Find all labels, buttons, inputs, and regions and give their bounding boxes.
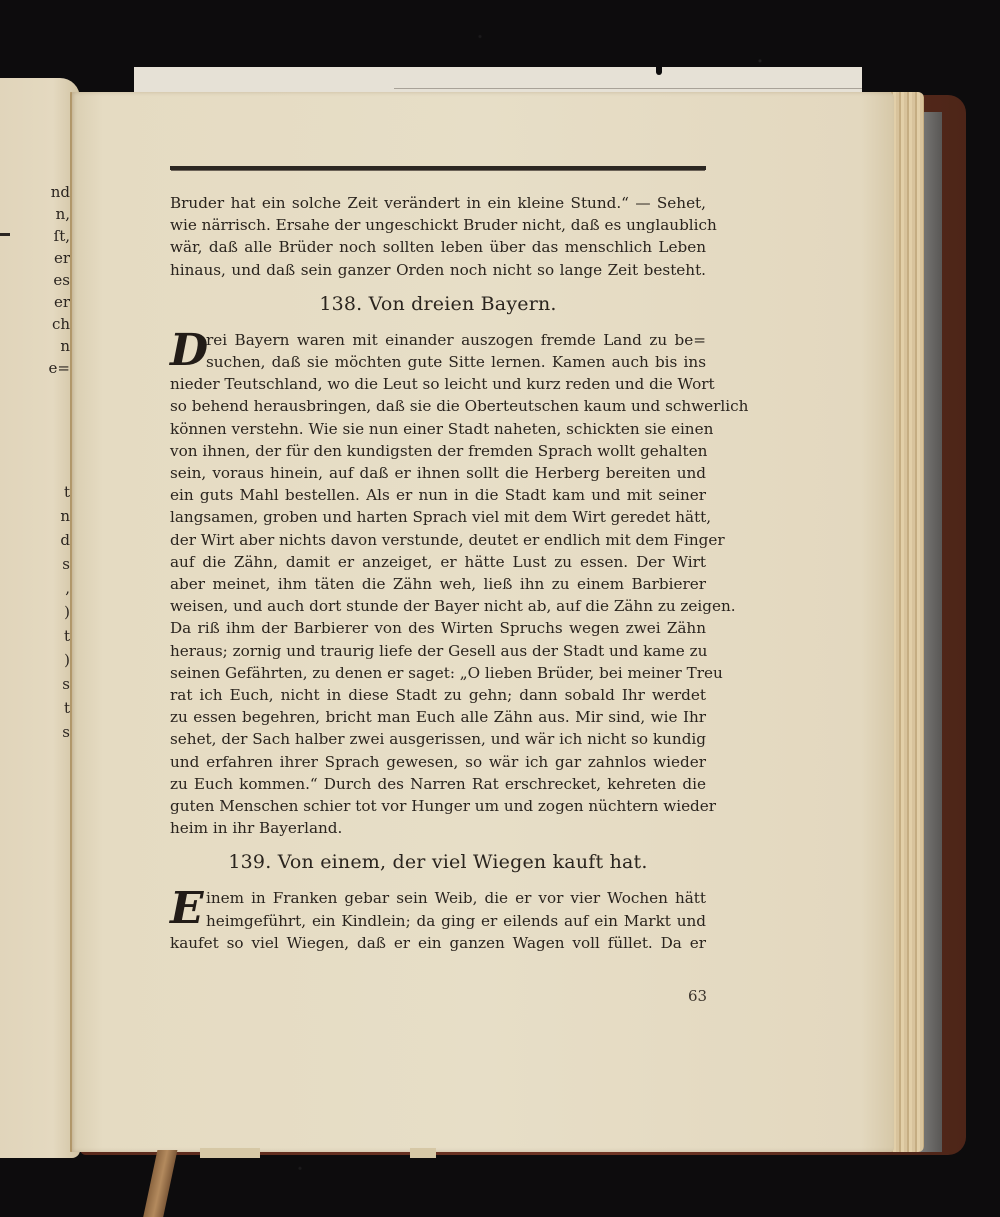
text-line: zu essen begehren, bricht man Euch alle … [170, 706, 706, 728]
section-heading-138: 138. Von dreien Bayern. [170, 291, 706, 317]
text-line: wär, daß alle Brüder noch sollten leben … [170, 236, 706, 258]
text-line: auf die Zähn, damit er anzeiget, er hätt… [170, 551, 706, 573]
left-fragment: s [62, 555, 70, 573]
text-line: heim in ihr Bayerland. [170, 817, 706, 839]
section-139-body: E inem in Franken gebar sein Weib, die e… [170, 887, 706, 954]
left-fragment: ſt, [54, 227, 70, 245]
text-line: aber meinet, ihm täten die Zähn weh, lie… [170, 573, 706, 595]
left-fragment: d [60, 531, 70, 549]
slip-pencil-line [394, 88, 862, 89]
left-fragment: e= [49, 359, 70, 377]
text-line: wie närrisch. Ersahe der ungeschickt Bru… [170, 214, 706, 236]
torn-page-edge [410, 1148, 436, 1158]
left-fragment: er [54, 293, 70, 311]
page-text: Bruder hat ein solche Zeit verändert in … [170, 192, 706, 954]
text-line: so behend herausbringen, daß sie die Obe… [170, 395, 706, 417]
slip-notch [656, 67, 662, 75]
left-fragment: s [62, 675, 70, 693]
text-line: ein guts Mahl bestellen. Als er nun in d… [170, 484, 706, 506]
text-line: rat ich Euch, nicht in diese Stadt zu ge… [170, 684, 706, 706]
text-line: langsamen, groben und harten Sprach viel… [170, 506, 706, 528]
inserted-paper-slip [134, 67, 862, 94]
text-line: rei Bayern waren mit einander auszogen f… [170, 329, 706, 351]
left-page: nd n, ſt, er es er ch n e= t n d s , ) t… [0, 78, 80, 1158]
text-line: sein, voraus hinein, auf daß er ihnen so… [170, 462, 706, 484]
text-line: heraus; zornig und traurig liefe der Ges… [170, 640, 706, 662]
text-line: Bruder hat ein solche Zeit verändert in … [170, 192, 706, 214]
drop-cap: D [170, 328, 202, 374]
left-fragment: n, [56, 205, 70, 223]
text-line: inem in Franken gebar sein Weib, die er … [170, 887, 706, 909]
torn-page-edge [200, 1148, 260, 1158]
left-fragment: s [62, 723, 70, 741]
text-line: der Wirt aber nichts davon verstunde, de… [170, 529, 706, 551]
left-header-rule [0, 233, 10, 236]
text-line: hinaus, und daß sein ganzer Orden noch n… [170, 259, 706, 281]
text-line: von ihnen, der für den kundigsten der fr… [170, 440, 706, 462]
text-line: Da riß ihm der Barbierer von des Wirten … [170, 617, 706, 639]
page-number: 63 [688, 987, 707, 1005]
text-line: können verstehn. Wie sie nun einer Stadt… [170, 418, 706, 440]
text-line: guten Menschen schier tot vor Hunger um … [170, 795, 706, 817]
gutter-line [70, 92, 72, 1152]
text-line: zu Euch kommen.“ Durch des Narren Rat er… [170, 773, 706, 795]
left-fragment: n [60, 507, 70, 525]
text-line: heimgeführt, ein Kindlein; da ging er ei… [170, 910, 706, 932]
right-page: Bruder hat ein solche Zeit verändert in … [70, 92, 894, 1152]
left-fragment: n [60, 337, 70, 355]
text-line: sehet, der Sach halber zwei ausgerissen,… [170, 728, 706, 750]
continuation-paragraph: Bruder hat ein solche Zeit verändert in … [170, 192, 706, 281]
text-line: und erfahren ihrer Sprach gewesen, so wä… [170, 751, 706, 773]
text-line: weisen, und auch dort stunde der Bayer n… [170, 595, 706, 617]
section-heading-139: 139. Von einem, der viel Wiegen kauft ha… [170, 849, 706, 875]
header-rule [170, 166, 706, 170]
text-line: suchen, daß sie möchten gute Sitte lerne… [170, 351, 706, 373]
left-fragment: ch [52, 315, 70, 333]
text-line: seinen Gefährten, zu denen er saget: „O … [170, 662, 706, 684]
section-138-body: D rei Bayern waren mit einander auszogen… [170, 329, 706, 840]
drop-cap: E [170, 886, 202, 932]
left-fragment: er [54, 249, 70, 267]
text-line: kaufet so viel Wiegen, daß er ein ganzen… [170, 932, 706, 954]
left-fragment: es [53, 271, 70, 289]
left-fragment: nd [51, 183, 70, 201]
text-line: nieder Teutschland, wo die Leut so leich… [170, 373, 706, 395]
